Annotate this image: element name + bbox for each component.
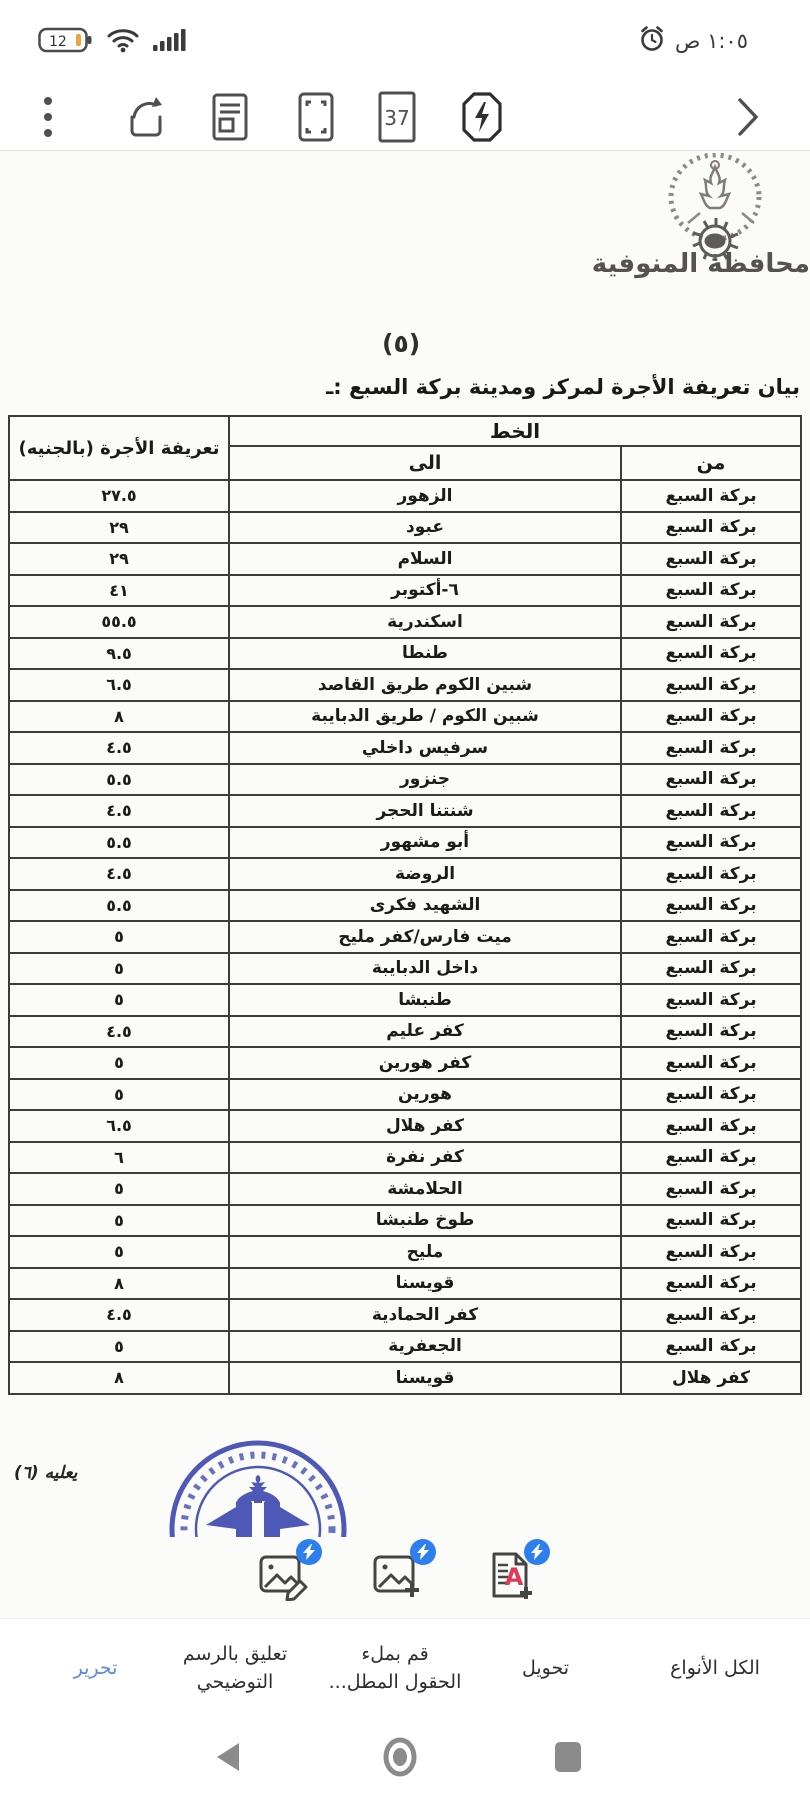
fare-cell: ٤.٥ bbox=[9, 858, 229, 890]
flash-hexagon-icon[interactable] bbox=[458, 90, 506, 148]
fare-cell: ٤.٥ bbox=[9, 1299, 229, 1331]
from-cell: بركة السبع bbox=[621, 1047, 801, 1079]
fare-cell: ٤.٥ bbox=[9, 795, 229, 827]
table-row: بركة السبعأبو مشهور٥.٥ bbox=[9, 827, 801, 859]
bottom-toolbar: الكل الأنواع تحويل قم بملء الحقول المطل.… bbox=[0, 1618, 810, 1718]
continued-footnote: يعليه (٦) bbox=[14, 1463, 77, 1483]
navigation-bar bbox=[0, 1718, 810, 1800]
from-cell: بركة السبع bbox=[621, 575, 801, 607]
battery-icon: 12 bbox=[38, 26, 94, 58]
recents-icon[interactable] bbox=[554, 1741, 582, 1777]
to-cell: الزهور bbox=[229, 480, 621, 512]
to-cell: شبين الكوم / طريق الدبايبة bbox=[229, 701, 621, 733]
fare-cell: ٩.٥ bbox=[9, 638, 229, 670]
from-cell: بركة السبع bbox=[621, 1268, 801, 1300]
org-name: محافظة المنوفية bbox=[560, 249, 810, 279]
to-cell: طنطا bbox=[229, 638, 621, 670]
fare-cell: ٥٥.٥ bbox=[9, 606, 229, 638]
phone-screen: 12 bbox=[0, 0, 810, 1800]
table-row: بركة السبعالجعفرية٥ bbox=[9, 1331, 801, 1363]
fare-cell: ٥ bbox=[9, 1205, 229, 1237]
wifi-icon bbox=[106, 26, 140, 58]
from-cell: بركة السبع bbox=[621, 921, 801, 953]
table-row: بركة السبعكفر نفرة٦ bbox=[9, 1142, 801, 1174]
from-cell: بركة السبع bbox=[621, 858, 801, 890]
fare-cell: ٥ bbox=[9, 1047, 229, 1079]
table-row: بركة السبعكفر هلال٦.٥ bbox=[9, 1110, 801, 1142]
to-cell: أبو مشهور bbox=[229, 827, 621, 859]
from-cell: بركة السبع bbox=[621, 827, 801, 859]
fare-cell: ٥ bbox=[9, 984, 229, 1016]
table-row: بركة السبعجنزور٥.٥ bbox=[9, 764, 801, 796]
alarm-icon bbox=[637, 24, 667, 58]
fare-cell: ٥.٥ bbox=[9, 890, 229, 922]
fill-fields-button[interactable]: قم بملء الحقول المطل... bbox=[315, 1619, 475, 1719]
table-row: بركة السبعشنتنا الحجر٤.٥ bbox=[9, 795, 801, 827]
back-icon[interactable] bbox=[215, 1742, 241, 1776]
annotate-drawing-button[interactable]: تعليق بالرسم التوضيحي bbox=[150, 1619, 320, 1719]
from-cell: بركة السبع bbox=[621, 480, 801, 512]
from-cell: بركة السبع bbox=[621, 1236, 801, 1268]
from-cell: بركة السبع bbox=[621, 701, 801, 733]
page-number-icon[interactable]: 37 bbox=[376, 90, 418, 148]
status-left-group: 12 bbox=[38, 26, 188, 58]
all-types-button[interactable]: الكل الأنواع bbox=[635, 1619, 795, 1719]
fare-cell: ٥.٥ bbox=[9, 764, 229, 796]
fill-form-icon[interactable]: A bbox=[486, 1551, 538, 1603]
from-cell: بركة السبع bbox=[621, 1016, 801, 1048]
table-row: بركة السبعميت فارس/كفر مليح٥ bbox=[9, 921, 801, 953]
table-row: بركة السبع٦-أكتوبر٤١ bbox=[9, 575, 801, 607]
from-cell: بركة السبع bbox=[621, 795, 801, 827]
table-row: بركة السبعطنبشا٥ bbox=[9, 984, 801, 1016]
svg-text:A: A bbox=[505, 1563, 524, 1591]
to-cell: ٦-أكتوبر bbox=[229, 575, 621, 607]
fare-cell: ٦ bbox=[9, 1142, 229, 1174]
from-cell: بركة السبع bbox=[621, 764, 801, 796]
from-cell: بركة السبع bbox=[621, 1142, 801, 1174]
table-row: بركة السبعالحلامشة٥ bbox=[9, 1173, 801, 1205]
table-row: بركة السبعشبين الكوم طريق القاصد٦.٥ bbox=[9, 669, 801, 701]
fit-page-icon[interactable] bbox=[296, 91, 336, 147]
table-row: بركة السبعسرفيس داخلي٤.٥ bbox=[9, 732, 801, 764]
from-cell: بركة السبع bbox=[621, 512, 801, 544]
from-cell: بركة السبع bbox=[621, 984, 801, 1016]
to-cell: كفر نفرة bbox=[229, 1142, 621, 1174]
from-cell: بركة السبع bbox=[621, 638, 801, 670]
from-cell: بركة السبع bbox=[621, 669, 801, 701]
doc-title: بيان تعريفة الأجرة لمركز ومدينة بركة الس… bbox=[326, 375, 800, 399]
from-cell: بركة السبع bbox=[621, 1173, 801, 1205]
to-cell: جنزور bbox=[229, 764, 621, 796]
status-bar: 12 bbox=[0, 20, 810, 64]
from-cell: بركة السبع bbox=[621, 543, 801, 575]
fare-cell: ٥ bbox=[9, 1079, 229, 1111]
signal-icon bbox=[152, 26, 188, 58]
home-icon[interactable] bbox=[382, 1737, 418, 1781]
to-cell: اسكندرية bbox=[229, 606, 621, 638]
to-cell: طنبشا bbox=[229, 984, 621, 1016]
col-header-fare: تعريفة الأجرة (بالجنيه) bbox=[9, 416, 229, 480]
lightning-badge-icon bbox=[296, 1539, 322, 1565]
lightning-badge-icon bbox=[524, 1539, 550, 1565]
table-row: بركة السبعداخل الدبايبة٥ bbox=[9, 953, 801, 985]
to-cell: عبود bbox=[229, 512, 621, 544]
kebab-menu-icon[interactable] bbox=[42, 95, 54, 143]
share-icon[interactable] bbox=[122, 93, 170, 145]
convert-button[interactable]: تحويل bbox=[488, 1619, 603, 1719]
table-row: بركة السبعهورين٥ bbox=[9, 1079, 801, 1111]
to-cell: كفر هورين bbox=[229, 1047, 621, 1079]
table-row: بركة السبعكفر هورين٥ bbox=[9, 1047, 801, 1079]
to-cell: الحلامشة bbox=[229, 1173, 621, 1205]
fare-cell: ٥ bbox=[9, 1331, 229, 1363]
lightning-badge-icon bbox=[410, 1539, 436, 1565]
from-cell: بركة السبع bbox=[621, 953, 801, 985]
table-row: بركة السبععبود٢٩ bbox=[9, 512, 801, 544]
to-cell: مليح bbox=[229, 1236, 621, 1268]
page-marker: (٥) bbox=[382, 329, 420, 358]
from-cell: بركة السبع bbox=[621, 1079, 801, 1111]
from-cell: بركة السبع bbox=[621, 1205, 801, 1237]
to-cell: كفر عليم bbox=[229, 1016, 621, 1048]
table-row: بركة السبعقويسنا٨ bbox=[9, 1268, 801, 1300]
col-header-from: من bbox=[621, 446, 801, 480]
table-row: بركة السبعكفر عليم٤.٥ bbox=[9, 1016, 801, 1048]
from-cell: بركة السبع bbox=[621, 1110, 801, 1142]
to-cell: الروضة bbox=[229, 858, 621, 890]
table-row: بركة السبعالروضة٤.٥ bbox=[9, 858, 801, 890]
fare-table-header: الخط تعريفة الأجرة (بالجنيه) من الى bbox=[9, 416, 801, 480]
fare-cell: ٤١ bbox=[9, 575, 229, 607]
fare-cell: ٨ bbox=[9, 701, 229, 733]
chevron-right-icon[interactable] bbox=[736, 96, 760, 142]
from-cell: بركة السبع bbox=[621, 890, 801, 922]
fare-table: الخط تعريفة الأجرة (بالجنيه) من الى بركة… bbox=[8, 415, 802, 1395]
fare-cell: ٤.٥ bbox=[9, 1016, 229, 1048]
table-row: بركة السبعمليح٥ bbox=[9, 1236, 801, 1268]
to-cell: قويسنا bbox=[229, 1268, 621, 1300]
add-image-icon[interactable] bbox=[372, 1551, 424, 1603]
fare-cell: ٥ bbox=[9, 1173, 229, 1205]
to-cell: شبين الكوم طريق القاصد bbox=[229, 669, 621, 701]
fare-cell: ٥ bbox=[9, 1236, 229, 1268]
fare-cell: ٦.٥ bbox=[9, 1110, 229, 1142]
fare-cell: ٨ bbox=[9, 1268, 229, 1300]
table-row: بركة السبعكفر الحمادية٤.٥ bbox=[9, 1299, 801, 1331]
to-cell: ميت فارس/كفر مليح bbox=[229, 921, 621, 953]
fare-cell: ٨ bbox=[9, 1362, 229, 1394]
from-cell: كفر هلال bbox=[621, 1362, 801, 1394]
to-cell: السلام bbox=[229, 543, 621, 575]
fare-cell: ٥.٥ bbox=[9, 827, 229, 859]
table-row: بركة السبعشبين الكوم / طريق الدبايبة٨ bbox=[9, 701, 801, 733]
to-cell: كفر هلال bbox=[229, 1110, 621, 1142]
table-row: بركة السبعالشهيد فكرى٥.٥ bbox=[9, 890, 801, 922]
fare-cell: ٦.٥ bbox=[9, 669, 229, 701]
table-row: كفر هلالقويسنا٨ bbox=[9, 1362, 801, 1394]
fare-cell: ٤.٥ bbox=[9, 732, 229, 764]
col-header-to: الى bbox=[229, 446, 621, 480]
edit-button[interactable]: تحرير bbox=[38, 1619, 153, 1719]
to-cell: هورين bbox=[229, 1079, 621, 1111]
to-cell: كفر الحمادية bbox=[229, 1299, 621, 1331]
fare-cell: ٥ bbox=[9, 921, 229, 953]
to-cell: داخل الدبايبة bbox=[229, 953, 621, 985]
col-header-line: الخط bbox=[229, 416, 801, 446]
table-row: بركة السبعطوخ طنبشا٥ bbox=[9, 1205, 801, 1237]
annotate-image-icon[interactable] bbox=[258, 1551, 310, 1603]
from-cell: بركة السبع bbox=[621, 606, 801, 638]
reader-view-icon[interactable] bbox=[210, 92, 250, 146]
to-cell: الشهيد فكرى bbox=[229, 890, 621, 922]
page-number-text: 37 bbox=[384, 106, 409, 130]
clock-text: ١:٠٥ ص bbox=[675, 29, 748, 53]
fare-table-body: بركة السبعالزهور٢٧.٥بركة السبععبود٢٩بركة… bbox=[9, 480, 801, 1394]
to-cell: سرفيس داخلي bbox=[229, 732, 621, 764]
fare-cell: ٥ bbox=[9, 953, 229, 985]
table-row: بركة السبعطنطا٩.٥ bbox=[9, 638, 801, 670]
table-row: بركة السبعاسكندرية٥٥.٥ bbox=[9, 606, 801, 638]
document-page: محافظة المنوفية (٥) بيان تعريفة الأجرة ل… bbox=[0, 150, 810, 1618]
from-cell: بركة السبع bbox=[621, 1299, 801, 1331]
table-row: بركة السبعالسلام٢٩ bbox=[9, 543, 801, 575]
table-row: بركة السبعالزهور٢٧.٥ bbox=[9, 480, 801, 512]
official-stamp bbox=[166, 1437, 350, 1537]
from-cell: بركة السبع bbox=[621, 732, 801, 764]
to-cell: الجعفرية bbox=[229, 1331, 621, 1363]
status-right-group: ١:٠٥ ص bbox=[637, 24, 748, 58]
to-cell: قويسنا bbox=[229, 1362, 621, 1394]
to-cell: شنتنا الحجر bbox=[229, 795, 621, 827]
fare-cell: ٢٩ bbox=[9, 512, 229, 544]
to-cell: طوخ طنبشا bbox=[229, 1205, 621, 1237]
fare-cell: ٢٧.٥ bbox=[9, 480, 229, 512]
battery-level-text: 12 bbox=[49, 34, 67, 50]
fare-cell: ٢٩ bbox=[9, 543, 229, 575]
top-toolbar: 37 bbox=[0, 88, 810, 150]
from-cell: بركة السبع bbox=[621, 1331, 801, 1363]
